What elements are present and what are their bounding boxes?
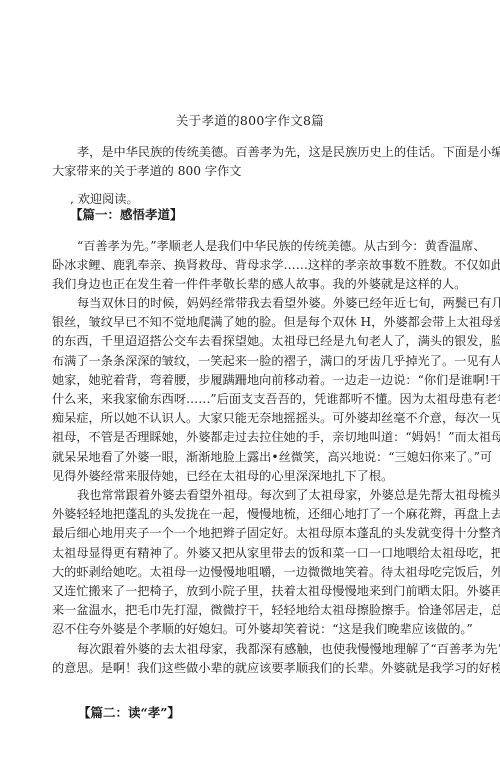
text-line: “百善孝为先。”孝顺老人是我们中华民族的传统美德。从古到今：黄香温席、 — [52, 237, 448, 256]
text-line: 外婆轻轻地把蓬乱的头发拢在一起，慢慢地梳，还细心地打了一个麻花辫，再盘上去， — [52, 505, 448, 524]
text-line: 的意思。是啊！我们这些做小辈的就应该要孝顺我们的长辈。外婆就是我学习的好榜样。 — [52, 659, 448, 678]
section1-paragraph-4: 每次跟着外婆的去太祖母家，我都深有感触，也使我慢慢地理解了“百善孝为先” 的意思… — [52, 640, 448, 678]
text-line: 祖母，不管是否理睬她，外婆都走过去拉住她的手，亲切地叫道：“姆妈！”而太祖母 — [52, 428, 448, 447]
text-line: 卧冰求鲤、鹿乳奉亲、换肾救母、背母求学……这样的孝亲故事数不胜数。不仅如此， — [52, 256, 448, 275]
text-line: 什么来，来我家偷东西呀……”后面支支吾吾的，凭谁都听不懂。因为太祖母患有老年 — [52, 390, 448, 409]
text-line: 来一盆温水，把毛巾先打湿，微微拧干，轻轻地给太祖母擦脸擦手。恰逢邻居走，总是 — [52, 601, 448, 620]
text-line: 就呆呆地看了外婆一眼，渐渐地脸上露出•丝微笑，高兴地说：“三媳妇你来了。”可 — [52, 448, 448, 467]
section1-paragraph-3: 我也常常跟着外婆去看望外祖母。每次到了太祖母家，外婆总是先帮太祖母梳头。 外婆轻… — [52, 486, 448, 640]
section-heading-1: 【篇一：感悟孝道】 — [70, 205, 183, 223]
text-line: 又连忙搬来了一把椅子，放到小院子里，扶着太祖母慢慢地来到门前晒太阳。外婆再打 — [52, 582, 448, 601]
text-line: 的东西，千里迢迢搭公交车去看探望她。太祖母已经是九旬老人了，满头的银发，脸上 — [52, 332, 448, 351]
text-line: 最后细心地用夹子一个一个地把辫子固定好。太祖母原本蓬乱的头发就变得十分整齐。 — [52, 524, 448, 543]
text-line: 银丝，皱纹早已不知不觉地爬满了她的脸。但是每个双休 H，外婆都会带上太祖母爱吃 — [52, 313, 448, 332]
intro-line: 大家带来的关于孝道的 800 字作文 — [52, 162, 448, 181]
text-line: 痴呆症，所以她不认识人。大家只能无奈地摇摇头。可外婆却丝毫不介意，每次一见太 — [52, 409, 448, 428]
text-line: 我们身边也正在发生着一件件孝敬长辈的感人故事。我的外婆就是这样的人。 — [52, 275, 448, 294]
section-heading-1-text: 【篇一：感悟孝道】 — [70, 207, 183, 222]
text-line: 大的虾剥给她吃。太祖母一边慢慢地咀嚼，一边微微地笑着。待太祖母吃完饭后，外婆 — [52, 563, 448, 582]
text-line: 每当双休日的时候，妈妈经常带我去看望外婆。外婆已经年近七旬，两鬓已有几缕 — [52, 294, 448, 313]
text-line: 每次跟着外婆的去太祖母家，我都深有感触，也使我慢慢地理解了“百善孝为先” — [52, 640, 448, 659]
section1-paragraph-1: “百善孝为先。”孝顺老人是我们中华民族的传统美德。从古到今：黄香温席、 卧冰求鲤… — [52, 237, 448, 295]
document-title: 关于孝道的800字作文8篇 — [0, 111, 500, 129]
text-line: 布满了一条条深深的皱纹，一笑起来一脸的褶子，满口的牙齿几乎掉光了。一见有人去 — [52, 352, 448, 371]
intro-paragraph: 孝，是中华民族的传统美德。百善孝为先，这是民族历史上的佳话。下面是小编为 大家带… — [52, 143, 448, 181]
section-heading-2: 【篇二：读“孝”】 — [78, 703, 180, 721]
section1-paragraph-2: 每当双休日的时候，妈妈经常带我去看望外婆。外婆已经年近七旬，两鬓已有几缕 银丝，… — [52, 294, 448, 486]
text-line: 我也常常跟着外婆去看望外祖母。每次到了太祖母家，外婆总是先帮太祖母梳头。 — [52, 486, 448, 505]
text-line: 见得外婆经常来服侍她，已经在太祖母的心里深深地扎下了根。 — [52, 467, 448, 486]
intro-line: 孝，是中华民族的传统美德。百善孝为先，这是民族历史上的佳话。下面是小编为 — [52, 143, 448, 162]
section-heading-2-text: 【篇二：读“孝”】 — [78, 705, 180, 720]
text-line: 她家，她驼着背，弯着腰，步履蹒跚地向前移动着。一边走一边说：“你们是谁啊!干 — [52, 371, 448, 390]
document-page: 关于孝道的800字作文8篇 孝，是中华民族的传统美德。百善孝为先，这是民族历史上… — [0, 0, 500, 765]
text-line: 太祖母显得更有精神了。外婆又把从家里带去的饭和菜一口一口地喂给太祖母吃，把最 — [52, 544, 448, 563]
text-line: 忍不住夸外婆是个孝顺的好媳妇。可外婆却笑着说：“这是我们晚辈应该做的。” — [52, 620, 448, 639]
